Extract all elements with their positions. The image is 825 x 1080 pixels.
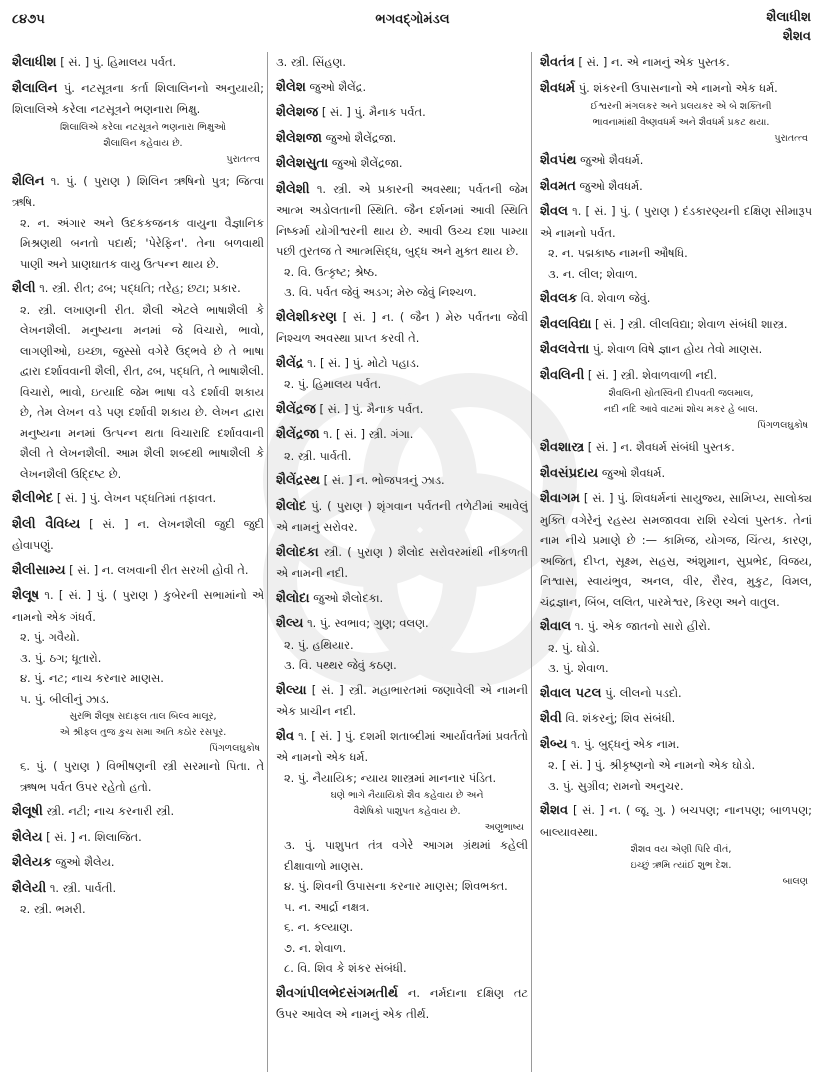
definition-text: [ સં. ] ન. શિલાજિત.	[46, 830, 142, 844]
definition-line: ૪. પું. શિવની ઉપાસના કરનાર માણસ; શિવભક્ત…	[284, 876, 528, 897]
definition-text: ૩. વિ. પર્વત જેવું અડગ; મેરુ જેવું નિશ્ચ…	[284, 285, 477, 299]
headword: શૈવી	[540, 711, 562, 726]
definition-line: શૈલેંદ્ર ૧. [ સં. ] પું. મોટો પહાડ.	[276, 353, 528, 375]
quote-line: ઈશ્વરની મંગલકર અને પ્રલયકર એ બે શક્તિની	[558, 99, 804, 115]
dictionary-entry: શૈવલવેત્તા પું. શેવાળ વિષે જ્ઞાન હોય તેવ…	[540, 339, 812, 361]
definition-text: ૧. [ સં. ] પું. મોટો પહાડ.	[307, 356, 419, 370]
definition-line: શૈલેશી ૧. સ્ત્રી. એ પ્રકારની અવસ્થા; પર્…	[276, 179, 528, 262]
dictionary-entry: શૈલેયક જુઓ શૈલેય.	[12, 852, 264, 874]
dictionary-entry: શૈલી વૈવિધ્ય [ સં. ] ન. લેખનશૈલી જુદી જુ…	[12, 514, 264, 556]
headword: શૈલેંદ્રજ	[276, 402, 316, 417]
dictionary-entry: શૈલેય [ સં. ] ન. શિલાજિત.	[12, 827, 264, 849]
definition-text: ૨. વિ. ઉત્કૃષ્ટ; શ્રેષ્ઠ.	[284, 265, 378, 279]
headword: શૈવલક	[540, 291, 577, 306]
definition-text: ૨. સ્ત્રી. ભમરી.	[20, 902, 86, 916]
dictionary-entry: શૈવલ ૧. [ સં. ] પું. ( પુરાણ ) દંડકારણ્ય…	[540, 201, 812, 284]
definition-text: ૧. [ સં. ] પું. ( પુરાણ ) દંડકારણ્યની દક…	[540, 204, 812, 240]
definition-text: ૧. પું. સ્વભાવ; ગુણ; વલણ.	[307, 616, 429, 630]
dictionary-entry: શૈલેંદ્રજ [ સં. ] પું. મૈનાક પર્વત.	[276, 399, 528, 421]
dictionary-entry: શૈલીભેદ [ સં. ] પું. લેખન પદ્ધતિમાં તફાવ…	[12, 488, 264, 510]
definition-line: શૈવશાસ્ત્ર [ સં. ] ન. શૈવધર્મ સંબંધી પુસ…	[540, 437, 812, 459]
quote-line: ઘણે ભાગે નૈયાયિકો શૈવ કહેવાય છે અને	[294, 788, 520, 804]
headword: શૈવલવિદ્યા	[540, 317, 591, 332]
definition-line: શૈલાધીશ [ સં. ] પું. હિમાલય પર્વત.	[12, 52, 264, 74]
definition-text: ૪. પું. નટ; નાચ કરનાર માણસ.	[20, 671, 164, 685]
dictionary-entry: શૈવી વિ. શંકરનું; શિવ સંબંધી.	[540, 708, 812, 730]
dictionary-entry: ૩. સ્ત્રી. સિંહણ.	[276, 52, 528, 73]
definition-text: ૨. પું. ગવૈયો.	[20, 630, 80, 644]
headword: શૈલોદકા	[276, 545, 319, 560]
headword: શૈલોદા	[276, 591, 310, 606]
definition-line: ૩. વિ. પથ્થર જેવું કઠણ.	[284, 655, 528, 676]
definition-text: ૧. પું. ( પુરાણ ) શિલિન ઋષિનો પુત્ર; જિત…	[12, 174, 264, 210]
dictionary-entry: શૈવાલ ૧. પું. એક જાતનો સારો હીરો.૨. પું.…	[540, 616, 812, 679]
headword: શૈવસંપ્રદાય	[540, 466, 598, 481]
column-3: શૈવતંત્ર [ સં. ] ન. એ નામનું એક પુસ્તક.શ…	[540, 52, 812, 1077]
definition-line: ૨. સ્ત્રી. લખાણની રીત. શૈલી એટલે ભાષાશૈલ…	[20, 300, 264, 485]
dictionary-entry: શૈશવ [ સં. ] ન. ( જૂ. ગુ. ) બચપણ; નાનપણ;…	[540, 800, 812, 889]
definition-line: ૬. ન. કલ્યાણ.	[284, 917, 528, 938]
definition-line: શૈલેશ જુઓ શૈલેંદ્ર.	[276, 77, 528, 99]
dictionary-entry: શૈલ્યા [ સં. ] સ્ત્રી. મહાભારતમાં જણાવેલ…	[276, 680, 528, 722]
citation-quote: શિલાલિએ કરેલા નટસૂત્રને ભણનારા ભિક્ષુઓશૈ…	[30, 120, 256, 152]
headword: શૈવમત	[540, 179, 576, 194]
definition-line: શૈલીસામ્ય [ સં. ] ન. લખવાની રીત સરખી હોવ…	[12, 560, 264, 582]
headword: શૈલેય	[12, 830, 43, 845]
headword: શૈલાલિન	[12, 81, 58, 96]
headword: શૈવગાંપીલભેદસંગમતીર્થ	[276, 986, 398, 1001]
definition-text: ૩. પું. સુગ્રીવ; રામનો અનુચર.	[548, 779, 684, 793]
definition-line: ૨. પું. ગવૈયો.	[20, 627, 264, 648]
dictionary-entry: શૈલૂષી સ્ત્રી. નટી; નાચ કરનારી સ્ત્રી.	[12, 801, 264, 823]
citation-source: બાલણ	[540, 874, 808, 889]
definition-text: ૩. સ્ત્રી. સિંહણ.	[276, 55, 346, 69]
definition-line: શૈલોદકા સ્ત્રી. ( પુરાણ ) શૈલોદ સરોવરમાં…	[276, 542, 528, 584]
definition-text: ૫. પું. બીલીનું ઝાડ.	[20, 692, 109, 706]
headword: શૈવલ	[540, 204, 568, 219]
citation-source: પુરાતત્ત્વ	[540, 131, 808, 146]
definition-line: ૨. પું. હિમાલય પર્વત.	[284, 374, 528, 395]
definition-text: જુઓ શૈવધર્મ.	[580, 153, 643, 167]
dictionary-entry: શૈલીસામ્ય [ સં. ] ન. લખવાની રીત સરખી હોવ…	[12, 560, 264, 582]
headword: શૈલેશજ	[276, 105, 318, 120]
headword: શૈવલિની	[540, 368, 584, 383]
definition-text: ૨. સ્ત્રી. લખાણની રીત. શૈલી એટલે ભાષાશૈલ…	[20, 303, 264, 481]
definition-text: ૨. ન. અંગાર અને ઉદકકજનક વાયુના વૈજ્ઞાનિક…	[20, 216, 264, 271]
citation-source: પિંગળલઘુકોષ	[12, 741, 260, 756]
dictionary-entry: શૈલેશીકરણ [ સં. ] ન. ( જૈન ) મેરુ પર્વતન…	[276, 307, 528, 349]
definition-text: ૨. પું. ઘોડો.	[548, 641, 600, 655]
dictionary-entry: શૈલિન ૧. પું. ( પુરાણ ) શિલિન ઋષિનો પુત્…	[12, 171, 264, 275]
quote-line: શિલાલિએ કરેલા નટસૂત્રને ભણનારા ભિક્ષુઓ	[30, 120, 256, 136]
definition-line: શૈવાલ ૧. પું. એક જાતનો સારો હીરો.	[540, 616, 812, 638]
definition-line: ૩. પું. ઠગ; ધૂતારો.	[20, 648, 264, 669]
quote-line: શૈશવ વય એણી પિરિ વીતં,	[558, 842, 804, 858]
definition-text: ૨. પું. નૈયાયિક; ન્યાય શાસ્ત્રમાં માનનાર…	[284, 771, 496, 785]
definition-text: ૧. [ સં. ] પું. ( પુરાણ ) કુબેરની સભામાં…	[12, 588, 264, 624]
dictionary-entry: શૈલેશજ [ સં. ] પું. મૈનાક પર્વત.	[276, 102, 528, 124]
headword: શૈવધર્મ	[540, 81, 575, 96]
headword: શૈલેશીકરણ	[276, 310, 337, 325]
definition-line: શૈવતંત્ર [ સં. ] ન. એ નામનું એક પુસ્તક.	[540, 52, 812, 74]
definition-text: ૩. પું. શેવાળ.	[548, 661, 609, 675]
dictionary-columns: શૈલાધીશ [ સં. ] પું. હિમાલય પર્વત.શૈલાલિ…	[0, 52, 825, 1077]
definition-line: શૈલેશીકરણ [ સં. ] ન. ( જૈન ) મેરુ પર્વતન…	[276, 307, 528, 349]
citation-quote: શૈવલિની સ્રોતસ્વિની દીપવતી જલમાલ,નદી નદિ…	[558, 386, 804, 418]
definition-text: [ સં. ] પું. મૈનાક પર્વત.	[322, 105, 426, 119]
definition-text: જુઓ શૈલેય.	[55, 855, 114, 869]
definition-text: ૧. સ્ત્રી. રીત; ઢબ; પદ્ધતિ; તરેહ; છટા; પ…	[39, 281, 241, 295]
definition-text: [ સં. ] પું. હિમાલય પર્વત.	[60, 55, 176, 69]
dictionary-entry: શૈવશાસ્ત્ર [ સં. ] ન. શૈવધર્મ સંબંધી પુસ…	[540, 437, 812, 459]
definition-line: શૈલીભેદ [ સં. ] પું. લેખન પદ્ધતિમાં તફાવ…	[12, 488, 264, 510]
definition-text: ૧. [ સં. ] પું. દશમી શતાબ્દીમાં આર્યાવર્…	[276, 729, 528, 765]
definition-text: ૧. સ્ત્રી. એ પ્રકારની અવસ્થા; પર્વતની જે…	[276, 182, 528, 259]
definition-line: ૩. પું. સુગ્રીવ; રામનો અનુચર.	[548, 776, 812, 797]
definition-line: શૈવલિની [ સં. ] સ્ત્રી. શેવાળવાળી નદી.	[540, 365, 812, 387]
definition-line: શૈલ્યા [ સં. ] સ્ત્રી. મહાભારતમાં જણાવેલ…	[276, 680, 528, 722]
dictionary-entry: શૈવાલ પટલ પું. લીલનો પડદો.	[540, 683, 812, 705]
definition-line: શૈબ્ય ૧. પું. બુદ્ધનું એક નામ.	[540, 734, 812, 756]
citation-quote: ઘણે ભાગે નૈયાયિકો શૈવ કહેવાય છે અનેવૈશેષ…	[294, 788, 520, 820]
citation-quote: ઈશ્વરની મંગલકર અને પ્રલયકર એ બે શક્તિનીભ…	[558, 99, 804, 131]
dictionary-entry: શૈલ્ય ૧. પું. સ્વભાવ; ગુણ; વલણ.૨. પું. હ…	[276, 613, 528, 676]
book-title: ભગવદ્ગોમંડલ	[0, 12, 825, 27]
quote-line: ભાવનામાંથી વૈષ્ણવધર્મ અને શૈવધર્મ પ્રકટ …	[558, 115, 804, 131]
definition-text: [ સં. ] પું. લેખન પદ્ધતિમાં તફાવત.	[57, 491, 216, 505]
definition-text: ૨. પું. હિમાલય પર્વત.	[284, 377, 381, 391]
definition-text: ૨. સ્ત્રી. પાર્વતી.	[284, 449, 351, 463]
headword: શૈલેંદ્રજા	[276, 427, 320, 442]
definition-line: ૫. ન. આર્દ્રા નક્ષત્ર.	[284, 897, 528, 918]
definition-text: [ સં. ] ન. લખવાની રીત સરખી હોવી તે.	[69, 563, 248, 577]
quote-line: ઇચ્છું ઋમિ ત્યાંઈ શુભ દેશ.	[558, 858, 804, 874]
definition-line: શૈલાલિન પું. નટસૂત્રના કર્તા શિલાલિનનો અ…	[12, 78, 264, 120]
dictionary-entry: શૈવલક વિ. શેવાળ જેવું.	[540, 288, 812, 310]
dictionary-entry: શૈવ ૧. [ સં. ] પું. દશમી શતાબ્દીમાં આર્ય…	[276, 726, 528, 979]
headword: શૈવશાસ્ત્ર	[540, 440, 584, 455]
headword: શૈશવ	[540, 803, 568, 818]
headword: શૈલાધીશ	[12, 55, 57, 70]
citation-quote: શૈશવ વય એણી પિરિ વીતં,ઇચ્છું ઋમિ ત્યાંઈ …	[558, 842, 804, 874]
headword: શૈવાગમ	[540, 491, 580, 506]
definition-line: શૈવલવેત્તા પું. શેવાળ વિષે જ્ઞાન હોય તેવ…	[540, 339, 812, 361]
definition-text: ૨. [ સં. ] પું. શ્રીકૃષ્ણનો એ નામનો એક ઘ…	[548, 758, 755, 772]
citation-source: અણુભાષ્ય	[276, 820, 524, 835]
definition-line: ૨. પું. હથિયાર.	[284, 635, 528, 656]
headword: શૈલિન	[12, 174, 44, 189]
quote-line: સુરભિ શૈલૂષ સદાફલ તાલ બિલ્વ માલૂર,	[30, 709, 256, 725]
definition-line: શૈલેય [ સં. ] ન. શિલાજિત.	[12, 827, 264, 849]
definition-line: ૩. ન. લીલ; શેવાળ.	[548, 264, 812, 285]
headword: શૈલ્ય	[276, 616, 303, 631]
headword: શૈવલવેત્તા	[540, 342, 589, 357]
dictionary-entry: શૈલૂષ ૧. [ સં. ] પું. ( પુરાણ ) કુબેરની …	[12, 585, 264, 797]
dictionary-entry: શૈલાધીશ [ સં. ] પું. હિમાલય પર્વત.	[12, 52, 264, 74]
definition-line: શૈવમત જુઓ શૈવધર્મ.	[540, 176, 812, 198]
dictionary-entry: શૈવતંત્ર [ સં. ] ન. એ નામનું એક પુસ્તક.	[540, 52, 812, 74]
definition-line: શૈલેંદ્રજા ૧. [ સં. ] સ્ત્રી. ગંગા.	[276, 424, 528, 446]
definition-line: શૈવી વિ. શંકરનું; શિવ સંબંધી.	[540, 708, 812, 730]
definition-line: ૨. સ્ત્રી. પાર્વતી.	[284, 446, 528, 467]
dictionary-entry: શૈલેશી ૧. સ્ત્રી. એ પ્રકારની અવસ્થા; પર્…	[276, 179, 528, 303]
definition-text: [ સં. ] સ્ત્રી. શેવાળવાળી નદી.	[588, 368, 717, 382]
definition-text: સ્ત્રી. નટી; નાચ કરનારી સ્ત્રી.	[46, 804, 174, 818]
definition-text: વિ. શેવાળ જેવું.	[581, 291, 651, 305]
dictionary-entry: શૈલોદા જુઓ શૈલોદકા.	[276, 588, 528, 610]
headword: શૈલેયક	[12, 855, 52, 870]
definition-text: જુઓ શૈલેંદ્રજા.	[332, 156, 403, 170]
definition-line: શૈલેયી ૧. સ્ત્રી. પાર્વતી.	[12, 878, 264, 900]
definition-line: ૮. વિ. શિવ કે શંકર સંબંધી.	[284, 958, 528, 979]
dictionary-entry: શૈવસંપ્રદાય જુઓ શૈવધર્મ.	[540, 463, 812, 485]
definition-line: ૨. વિ. ઉત્કૃષ્ટ; શ્રેષ્ઠ.	[284, 262, 528, 283]
definition-line: ૩. સ્ત્રી. સિંહણ.	[276, 52, 528, 73]
definition-text: [ સં. ] પું. શિવધર્મનાં સાયુજ્ય, સામિપ્ય…	[540, 491, 812, 609]
definition-line: શૈલિન ૧. પું. ( પુરાણ ) શિલિન ઋષિનો પુત્…	[12, 171, 264, 213]
definition-line: શૈવલક વિ. શેવાળ જેવું.	[540, 288, 812, 310]
column-1: શૈલાધીશ [ સં. ] પું. હિમાલય પર્વત.શૈલાલિ…	[12, 52, 264, 1077]
headword: શૈલેશ	[276, 80, 306, 95]
dictionary-entry: શૈવમત જુઓ શૈવધર્મ.	[540, 176, 812, 198]
definition-line: ૨. ન. પદ્મકાષ્ઠ નામની ઔષધિ.	[548, 243, 812, 264]
definition-text: ૨. ન. પદ્મકાષ્ઠ નામની ઔષધિ.	[548, 246, 688, 260]
headword: શૈવાલ	[540, 619, 571, 634]
dictionary-entry: શૈવલવિદ્યા [ સં. ] સ્ત્રી. લીલવિદ્યા; શે…	[540, 314, 812, 336]
definition-text: ૧. [ સં. ] સ્ત્રી. ગંગા.	[323, 427, 413, 441]
definition-line: શૈવપંથ જુઓ શૈવધર્મ.	[540, 150, 812, 172]
headword: શૈલેશસુતા	[276, 156, 328, 171]
definition-line: ૩. પું. પાશુપત તંત્ર વગેરે આગમ ગ્રંથમાં …	[284, 835, 528, 876]
definition-text: જુઓ શૈલેંદ્રજા.	[326, 131, 397, 145]
quote-line: શૈલાલિન કહેવાય છે.	[30, 136, 256, 152]
guide-word-first: શૈલાધીશ	[766, 8, 811, 27]
definition-line: શૈલૂષી સ્ત્રી. નટી; નાચ કરનારી સ્ત્રી.	[12, 801, 264, 823]
dictionary-entry: શૈલોદકા સ્ત્રી. ( પુરાણ ) શૈલોદ સરોવરમાં…	[276, 542, 528, 584]
definition-line: ૨. પું. ઘોડો.	[548, 638, 812, 659]
dictionary-entry: શૈવગાંપીલભેદસંગમતીર્થ ન. નર્મદાના દક્ષિણ…	[276, 983, 528, 1025]
citation-source: પુરાતત્ત્વ	[12, 152, 260, 167]
definition-text: જુઓ શૈલોદકા.	[313, 591, 383, 605]
definition-line: ૬. પું. ( પુરાણ ) વિભીષણની સ્ત્રી સરમાનો…	[20, 756, 264, 797]
headword: શૈવતંત્ર	[540, 55, 575, 70]
definition-text: [ સં. ] સ્ત્રી. મહાભારતમાં જણાવેલી એ નામ…	[276, 683, 528, 719]
dictionary-entry: શૈલોદ પું. ( પુરાણ ) શૃંગવાન પર્વતની તળે…	[276, 496, 528, 538]
definition-line: શૈવાગમ [ સં. ] પું. શિવધર્મનાં સાયુજ્ય, …	[540, 488, 812, 612]
definition-line: ૨. પું. નૈયાયિક; ન્યાય શાસ્ત્રમાં માનનાર…	[284, 768, 528, 789]
headword: શૈલેશી	[276, 182, 310, 197]
definition-line: શૈલેશજા જુઓ શૈલેંદ્રજા.	[276, 128, 528, 150]
definition-text: [ સં. ] પું. મૈનાક પર્વત.	[319, 402, 423, 416]
definition-text: જુઓ શૈવધર્મ.	[580, 179, 643, 193]
headword: શૈલ્યા	[276, 683, 307, 698]
definition-line: શૈલેયક જુઓ શૈલેય.	[12, 852, 264, 874]
headword: શૈલૂષ	[12, 588, 39, 603]
definition-line: શૈલેશજ [ સં. ] પું. મૈનાક પર્વત.	[276, 102, 528, 124]
definition-line: શૈવગાંપીલભેદસંગમતીર્થ ન. નર્મદાના દક્ષિણ…	[276, 983, 528, 1025]
definition-text: [ સં. ] ન. શૈવધર્મ સંબંધી પુસ્તક.	[588, 440, 735, 454]
dictionary-entry: શૈલાલિન પું. નટસૂત્રના કર્તા શિલાલિનનો અ…	[12, 78, 264, 167]
definition-text: ૩. વિ. પથ્થર જેવું કઠણ.	[284, 658, 397, 672]
definition-line: ૨. ન. અંગાર અને ઉદકકજનક વાયુના વૈજ્ઞાનિક…	[20, 213, 264, 275]
page-header: ૮૪૭૫ ભગવદ્ગોમંડલ શૈલાધીશ શૈશવ	[0, 0, 825, 48]
definition-line: શૈવલવિદ્યા [ સં. ] સ્ત્રી. લીલવિદ્યા; શે…	[540, 314, 812, 336]
definition-line: શૈવધર્મ પું. શંકરની ઉપાસનાનો એ નામનો એક …	[540, 78, 812, 100]
column-2: ૩. સ્ત્રી. સિંહણ.શૈલેશ જુઓ શૈલેંદ્ર.શૈલે…	[276, 52, 528, 1077]
definition-text: પું. ( પુરાણ ) શૃંગવાન પર્વતની તળેટીમાં …	[276, 499, 528, 535]
dictionary-entry: શૈબ્ય ૧. પું. બુદ્ધનું એક નામ.૨. [ સં. ]…	[540, 734, 812, 797]
definition-line: શૈશવ [ સં. ] ન. ( જૂ. ગુ. ) બચપણ; નાનપણ;…	[540, 800, 812, 842]
headword: શૈલેયી	[12, 881, 46, 896]
dictionary-entry: શૈલેશસુતા જુઓ શૈલેંદ્રજા.	[276, 153, 528, 175]
definition-text: પું. શંકરની ઉપાસનાનો એ નામનો એક ધર્મ.	[579, 81, 778, 95]
dictionary-entry: શૈલેયી ૧. સ્ત્રી. પાર્વતી.૨. સ્ત્રી. ભમર…	[12, 878, 264, 920]
definition-line: શૈલી વૈવિધ્ય [ સં. ] ન. લેખનશૈલી જુદી જુ…	[12, 514, 264, 556]
quote-line: નદી નદિ આવે વાટમાં શોચ મકર હે બાલ.	[558, 402, 804, 418]
headword: શૈલીસામ્ય	[12, 563, 66, 578]
dictionary-entry: શૈવાગમ [ સં. ] પું. શિવધર્મનાં સાયુજ્ય, …	[540, 488, 812, 612]
definition-line: શૈલેંદ્રજ [ સં. ] પું. મૈનાક પર્વત.	[276, 399, 528, 421]
headword: શૈલૂષી	[12, 804, 43, 819]
definition-line: ૪. પું. નટ; નાચ કરનાર માણસ.	[20, 668, 264, 689]
quote-line: શૈવલિની સ્રોતસ્વિની દીપવતી જલમાલ,	[558, 386, 804, 402]
definition-text: [ સં. ] ન. ( જૂ. ગુ. ) બચપણ; નાનપણ; બાળપ…	[540, 803, 812, 839]
definition-text: જુઓ શૈવધર્મ.	[602, 466, 665, 480]
dictionary-entry: શૈલેંદ્રજા ૧. [ સં. ] સ્ત્રી. ગંગા.૨. સ્…	[276, 424, 528, 466]
definition-text: ૩. ન. લીલ; શેવાળ.	[548, 267, 638, 281]
definition-text: પું. શેવાળ વિષે જ્ઞાન હોય તેવો માણસ.	[593, 342, 762, 356]
headword: શૈવ	[276, 729, 294, 744]
citation-source: પિંગળલઘુકોષ	[540, 418, 808, 433]
definition-line: શૈવાલ પટલ પું. લીલનો પડદો.	[540, 683, 812, 705]
definition-text: ૩. પું. ઠગ; ધૂતારો.	[20, 651, 101, 665]
guide-words: શૈલાધીશ શૈશવ	[766, 8, 811, 46]
definition-line: શૈલોદા જુઓ શૈલોદકા.	[276, 588, 528, 610]
headword: શૈલીભેદ	[12, 491, 53, 506]
definition-text: ૧. પું. એક જાતનો સારો હીરો.	[575, 619, 711, 633]
definition-line: ૩. પું. શેવાળ.	[548, 658, 812, 679]
definition-line: શૈલોદ પું. ( પુરાણ ) શૃંગવાન પર્વતની તળે…	[276, 496, 528, 538]
definition-text: ૧. પું. બુદ્ધનું એક નામ.	[571, 737, 680, 751]
quote-line: એ શ્રીફલ તુજ કુચ સમા અતિ કઠોર રસપૂર.	[30, 725, 256, 741]
definition-line: ૩. વિ. પર્વત જેવું અડગ; મેરુ જેવું નિશ્ચ…	[284, 282, 528, 303]
definition-text: ૨. પું. હથિયાર.	[284, 638, 354, 652]
definition-line: ૭. ન. શેવાળ.	[284, 938, 528, 959]
headword: શૈલેંદ્ર	[276, 356, 304, 371]
dictionary-entry: શૈલી ૧. સ્ત્રી. રીત; ઢબ; પદ્ધતિ; તરેહ; છ…	[12, 278, 264, 484]
definition-line: શૈવસંપ્રદાય જુઓ શૈવધર્મ.	[540, 463, 812, 485]
definition-line: ૨. [ સં. ] પું. શ્રીકૃષ્ણનો એ નામનો એક ઘ…	[548, 755, 812, 776]
dictionary-entry: શૈલેશજા જુઓ શૈલેંદ્રજા.	[276, 128, 528, 150]
definition-line: શૈલૂષ ૧. [ સં. ] પું. ( પુરાણ ) કુબેરની …	[12, 585, 264, 627]
headword: શૈલેશજા	[276, 131, 322, 146]
headword: શૈલોદ	[276, 499, 306, 514]
definition-line: શૈલેશસુતા જુઓ શૈલેંદ્રજા.	[276, 153, 528, 175]
dictionary-entry: શૈલેંદ્ર ૧. [ સં. ] પું. મોટો પહાડ.૨. પુ…	[276, 353, 528, 395]
definition-text: [ સં. ] ન. ભોજપત્રનું ઝાડ.	[324, 473, 445, 487]
dictionary-entry: શૈલેંદ્રસ્થ [ સં. ] ન. ભોજપત્રનું ઝાડ.	[276, 470, 528, 492]
headword: શૈલી વૈવિધ્ય	[12, 517, 80, 532]
headword: શૈવાલ પટલ	[540, 686, 602, 701]
headword: શૈલી	[12, 281, 36, 296]
definition-line: શૈલેંદ્રસ્થ [ સં. ] ન. ભોજપત્રનું ઝાડ.	[276, 470, 528, 492]
definition-line: ૨. સ્ત્રી. ભમરી.	[20, 899, 264, 920]
citation-quote: સુરભિ શૈલૂષ સદાફલ તાલ બિલ્વ માલૂર,એ શ્રી…	[30, 709, 256, 741]
definition-text: જુઓ શૈલેંદ્ર.	[310, 80, 367, 94]
dictionary-entry: શૈવપંથ જુઓ શૈવધર્મ.	[540, 150, 812, 172]
definition-text: [ સં. ] ન. એ નામનું એક પુસ્તક.	[578, 55, 729, 69]
dictionary-entry: શૈવધર્મ પું. શંકરની ઉપાસનાનો એ નામનો એક …	[540, 78, 812, 147]
definition-text: વિ. શંકરનું; શિવ સંબંધી.	[565, 711, 675, 725]
definition-line: શૈવલ ૧. [ સં. ] પું. ( પુરાણ ) દંડકારણ્ય…	[540, 201, 812, 243]
quote-line: વૈશેષિકો પાશુપત કહેવાય છે.	[294, 804, 520, 820]
dictionary-entry: શૈલેશ જુઓ શૈલેંદ્ર.	[276, 77, 528, 99]
headword: શૈબ્ય	[540, 737, 567, 752]
definition-text: પું. લીલનો પડદો.	[605, 686, 682, 700]
dictionary-entry: શૈવલિની [ સં. ] સ્ત્રી. શેવાળવાળી નદી.શૈ…	[540, 365, 812, 434]
headword: શૈવપંથ	[540, 153, 577, 168]
definition-line: શૈલ્ય ૧. પું. સ્વભાવ; ગુણ; વલણ.	[276, 613, 528, 635]
headword: શૈલેંદ્રસ્થ	[276, 473, 320, 488]
guide-word-last: શૈશવ	[766, 27, 811, 46]
definition-line: શૈવ ૧. [ સં. ] પું. દશમી શતાબ્દીમાં આર્ય…	[276, 726, 528, 768]
definition-line: શૈલી ૧. સ્ત્રી. રીત; ઢબ; પદ્ધતિ; તરેહ; છ…	[12, 278, 264, 300]
definition-line: ૫. પું. બીલીનું ઝાડ.	[20, 689, 264, 710]
definition-text: ૧. સ્ત્રી. પાર્વતી.	[50, 881, 116, 895]
definition-text: [ સં. ] સ્ત્રી. લીલવિદ્યા; શેવાળ સંબંધી …	[595, 317, 787, 331]
